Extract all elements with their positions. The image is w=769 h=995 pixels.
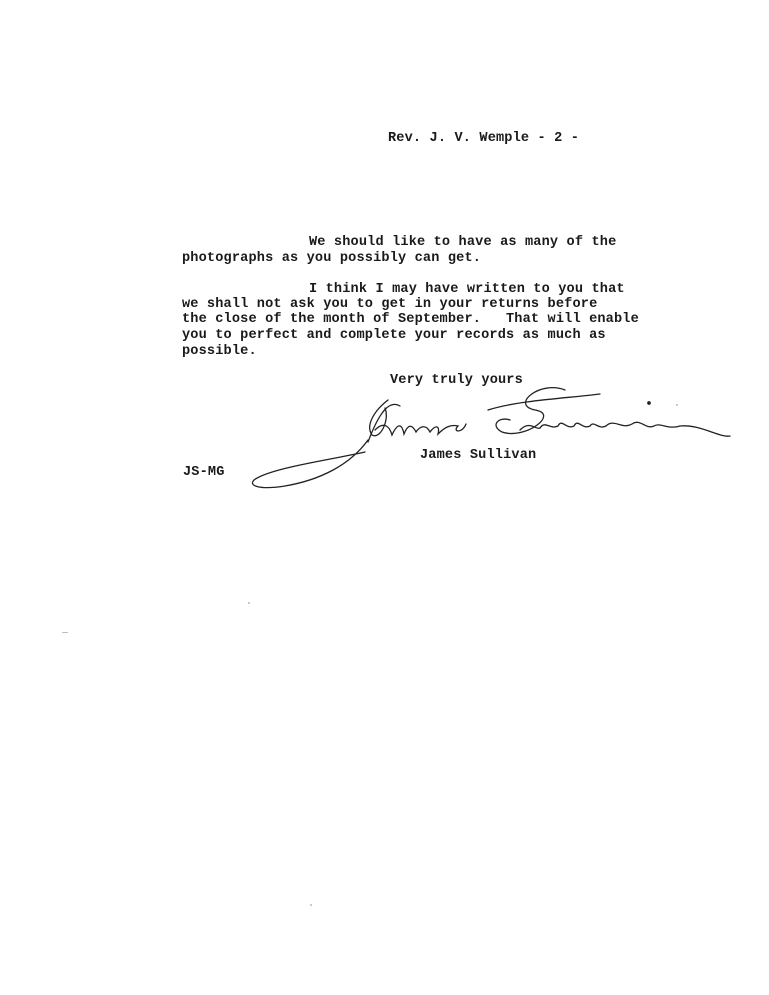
paragraph-2-line-4: you to perfect and complete your records… xyxy=(182,328,606,344)
paragraph-1-line-2: photographs as you possibly can get. xyxy=(182,251,481,267)
paragraph-2-line-3: the close of the month of September. Tha… xyxy=(182,312,639,328)
paper-speck xyxy=(62,632,68,633)
typist-initials: JS-MG xyxy=(183,465,225,481)
signatory-name: James Sullivan xyxy=(420,448,536,464)
paragraph-2-line-2: we shall not ask you to get in your retu… xyxy=(182,297,597,313)
handwritten-signature xyxy=(240,380,740,500)
paper-speck xyxy=(248,602,250,604)
paper-speck xyxy=(676,404,678,406)
paragraph-2-line-5: possible. xyxy=(182,344,257,360)
paragraph-1-line-1: We should like to have as many of the xyxy=(309,235,616,251)
page-header: Rev. J. V. Wemple - 2 - xyxy=(388,131,579,147)
paper-speck xyxy=(310,904,312,906)
letter-page: Rev. J. V. Wemple - 2 - We should like t… xyxy=(0,0,769,995)
paragraph-2-line-1: I think I may have written to you that xyxy=(309,282,625,298)
